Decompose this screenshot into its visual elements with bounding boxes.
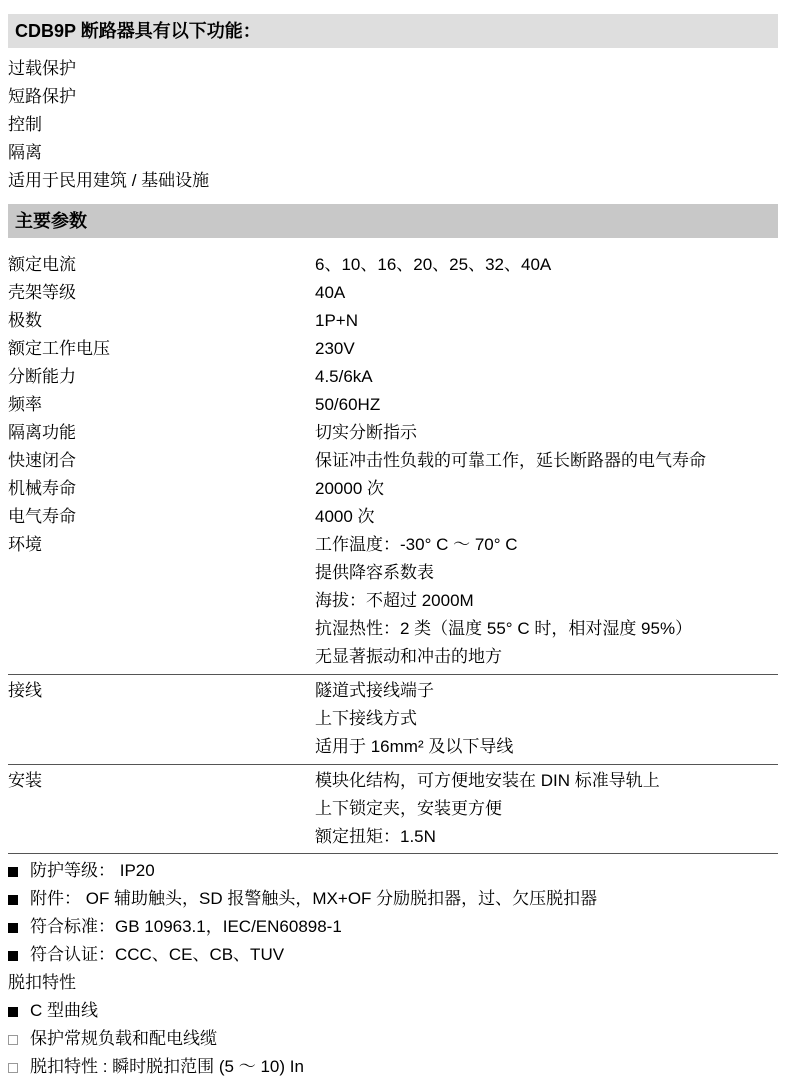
param-value-line: 隧道式接线端子 (315, 677, 778, 705)
note-text: 防护等级： IP20 (30, 857, 155, 885)
param-value-line: 适用于 16mm² 及以下导线 (315, 733, 778, 761)
param-value-line: 切实分断指示 (315, 419, 778, 447)
param-row: 额定电流 6、10、16、20、25、32、40A (8, 251, 778, 279)
param-value-line: 上下锁定夹，安装更方便 (315, 795, 778, 823)
param-value-line: 无显著振动和冲击的地方 (315, 643, 778, 671)
parameters-table: 额定电流 6、10、16、20、25、32、40A 壳架等级 40A 极数 1P… (8, 251, 778, 854)
note-row: 附件： OF 辅助触头，SD 报警触头，MX+OF 分励脱扣器，过、欠压脱扣器 (8, 885, 778, 913)
param-row: 隔离功能 切实分断指示 (8, 419, 778, 447)
param-row: 机械寿命 20000 次 (8, 475, 778, 503)
note-text: 符合标准：GB 10963.1，IEC/EN60898-1 (30, 913, 342, 941)
params-section-title: 主要参数 (15, 211, 87, 231)
note-text: 脱扣特性 : 瞬时脱扣范围 (5 ～ 10) In (30, 1053, 304, 1081)
param-row: 电气寿命 4000 次 (8, 503, 778, 531)
param-value-line: 20000 次 (315, 475, 778, 503)
param-value-line: 额定扭矩：1.5N (315, 823, 778, 851)
param-value: 50/60HZ (315, 391, 778, 419)
param-value-line: 4.5/6kA (315, 363, 778, 391)
param-value: 20000 次 (315, 475, 778, 503)
param-value: 6、10、16、20、25、32、40A (315, 251, 778, 279)
param-label: 极数 (8, 307, 315, 335)
param-value: 40A (315, 279, 778, 307)
square-bullet-icon (8, 1035, 18, 1045)
param-row: 接线 隧道式接线端子上下接线方式适用于 16mm² 及以下导线 (8, 674, 778, 761)
param-value: 隧道式接线端子上下接线方式适用于 16mm² 及以下导线 (315, 677, 778, 761)
param-label: 壳架等级 (8, 279, 315, 307)
param-value-line: 保证冲击性负载的可靠工作，延长断路器的电气寿命 (315, 447, 778, 475)
feature-item: 短路保护 (8, 83, 778, 111)
param-value-line: 6、10、16、20、25、32、40A (315, 251, 778, 279)
param-value-line: 抗湿热性：2 类（温度 55° C 时，相对湿度 95%） (315, 615, 778, 643)
note-text: 附件： OF 辅助触头，SD 报警触头，MX+OF 分励脱扣器，过、欠压脱扣器 (30, 885, 597, 913)
param-value-line: 模块化结构，可方便地安装在 DIN 标准导轨上 (315, 767, 778, 795)
param-label: 电气寿命 (8, 503, 315, 531)
param-row: 壳架等级 40A (8, 279, 778, 307)
param-value: 4.5/6kA (315, 363, 778, 391)
note-text: 脱扣特性 (8, 969, 76, 997)
param-label: 分断能力 (8, 363, 315, 391)
feature-item: 适用于民用建筑 / 基础设施 (8, 167, 778, 195)
param-value-line: 工作温度：-30° C ～ 70° C (315, 531, 778, 559)
params-section-header: 主要参数 (8, 204, 778, 238)
param-label: 额定电流 (8, 251, 315, 279)
param-value: 切实分断指示 (315, 419, 778, 447)
notes-list: 防护等级： IP20 附件： OF 辅助触头，SD 报警触头，MX+OF 分励脱… (8, 857, 778, 1081)
square-bullet-icon (8, 923, 18, 933)
features-list: 过载保护短路保护控制隔离适用于民用建筑 / 基础设施 (8, 55, 778, 195)
param-row: 环境 工作温度：-30° C ～ 70° C提供降容系数表海拔：不超过 2000… (8, 531, 778, 671)
functions-section-header: CDB9P 断路器具有以下功能： (8, 14, 778, 48)
feature-item: 隔离 (8, 139, 778, 167)
note-row: 保护常规负载和配电线缆 (8, 1025, 778, 1053)
functions-section-title: CDB9P 断路器具有以下功能： (15, 21, 261, 41)
param-row: 快速闭合 保证冲击性负载的可靠工作，延长断路器的电气寿命 (8, 447, 778, 475)
square-bullet-icon (8, 1063, 18, 1073)
param-value-line: 上下接线方式 (315, 705, 778, 733)
param-label: 隔离功能 (8, 419, 315, 447)
param-label: 快速闭合 (8, 447, 315, 475)
param-value: 工作温度：-30° C ～ 70° C提供降容系数表海拔：不超过 2000M抗湿… (315, 531, 778, 671)
feature-item: 控制 (8, 111, 778, 139)
param-label: 额定工作电压 (8, 335, 315, 363)
param-value-line: 1P+N (315, 307, 778, 335)
note-row: 脱扣特性 : 瞬时脱扣范围 (5 ～ 10) In (8, 1053, 778, 1081)
square-bullet-icon (8, 895, 18, 905)
param-row: 分断能力 4.5/6kA (8, 363, 778, 391)
param-value-line: 230V (315, 335, 778, 363)
square-bullet-icon (8, 951, 18, 961)
note-text: 保护常规负载和配电线缆 (30, 1025, 217, 1053)
square-bullet-icon (8, 867, 18, 877)
param-row: 频率 50/60HZ (8, 391, 778, 419)
note-row: C 型曲线 (8, 997, 778, 1025)
note-row: 符合标准：GB 10963.1，IEC/EN60898-1 (8, 913, 778, 941)
param-value: 1P+N (315, 307, 778, 335)
param-row: 额定工作电压 230V (8, 335, 778, 363)
param-value-line: 提供降容系数表 (315, 559, 778, 587)
param-value: 230V (315, 335, 778, 363)
param-row: 安装 模块化结构，可方便地安装在 DIN 标准导轨上上下锁定夹，安装更方便额定扭… (8, 764, 778, 854)
note-row: 符合认证：CCC、CE、CB、TUV (8, 941, 778, 969)
note-text: 符合认证：CCC、CE、CB、TUV (30, 941, 284, 969)
param-value: 模块化结构，可方便地安装在 DIN 标准导轨上上下锁定夹，安装更方便额定扭矩：1… (315, 767, 778, 851)
param-value-line: 50/60HZ (315, 391, 778, 419)
feature-item: 过载保护 (8, 55, 778, 83)
param-label: 频率 (8, 391, 315, 419)
square-bullet-icon (8, 1007, 18, 1017)
param-value: 4000 次 (315, 503, 778, 531)
param-value-line: 4000 次 (315, 503, 778, 531)
param-value: 保证冲击性负载的可靠工作，延长断路器的电气寿命 (315, 447, 778, 475)
param-row: 极数 1P+N (8, 307, 778, 335)
datasheet-page: CDB9P 断路器具有以下功能： 过载保护短路保护控制隔离适用于民用建筑 / 基… (0, 0, 786, 1082)
param-label: 机械寿命 (8, 475, 315, 503)
note-row: 脱扣特性 (8, 969, 778, 997)
note-row: 防护等级： IP20 (8, 857, 778, 885)
param-value-line: 海拔：不超过 2000M (315, 587, 778, 615)
param-label: 安装 (8, 767, 315, 851)
note-text: C 型曲线 (30, 997, 98, 1025)
param-label: 接线 (8, 677, 315, 761)
param-value-line: 40A (315, 279, 778, 307)
param-label: 环境 (8, 531, 315, 671)
